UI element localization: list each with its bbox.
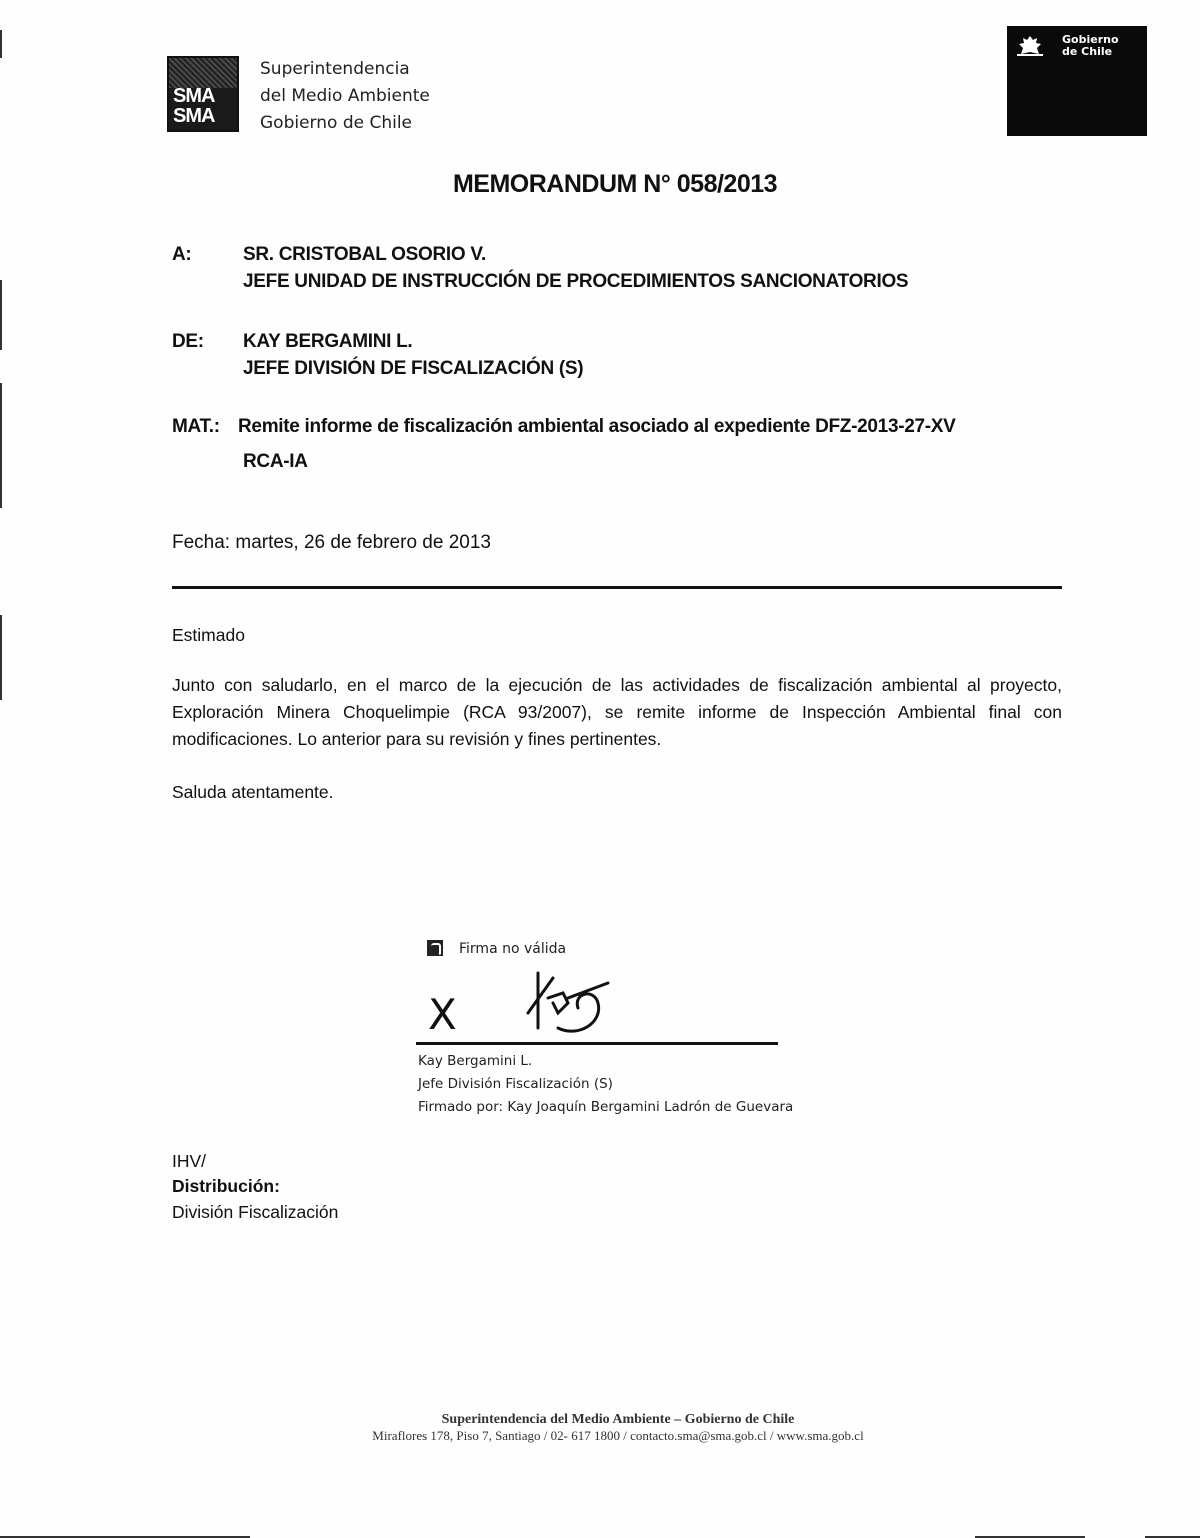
header-divider: [172, 586, 1062, 589]
signer-name: Kay Bergamini L.: [418, 1050, 793, 1073]
to-role: JEFE UNIDAD DE INSTRUCCIÓN DE PROCEDIMIE…: [243, 271, 908, 293]
to-label: A:: [172, 244, 191, 266]
page-footer: Superintendencia del Medio Ambiente – Go…: [0, 1412, 1200, 1444]
sma-logo: SMA SMA: [167, 56, 239, 132]
subject-line-2: RCA-IA: [243, 451, 308, 473]
scan-edge-mark: [0, 615, 2, 700]
invalid-signature-icon: [427, 940, 443, 956]
to-name: SR. CRISTOBAL OSORIO V.: [243, 244, 486, 266]
initials: IHV/: [172, 1148, 1062, 1175]
signature-mark: X: [428, 994, 457, 1036]
closing: Saluda atentamente.: [172, 779, 1062, 806]
signature-line: [416, 1042, 778, 1045]
footer-website-link[interactable]: www.sma.gob.cl: [777, 1428, 864, 1443]
from-label: DE:: [172, 331, 204, 353]
signer-info: Kay Bergamini L. Jefe División Fiscaliza…: [418, 1050, 793, 1119]
body-paragraph: Junto con saludarlo, en el marco de la e…: [172, 672, 1062, 753]
coat-of-arms-icon: [1015, 34, 1045, 58]
organization-name: Superintendencia del Medio Ambiente Gobi…: [260, 56, 430, 137]
footer-email-link[interactable]: contacto.sma@sma.gob.cl: [630, 1428, 767, 1443]
scan-edge-mark: [0, 30, 2, 58]
distribution-recipient: División Fiscalización: [172, 1199, 1062, 1226]
greeting: Estimado: [172, 622, 1062, 649]
distribution-label: Distribución:: [172, 1173, 1062, 1200]
footer-address: Miraflores 178, Piso 7, Santiago / 02- 6…: [372, 1428, 630, 1443]
scan-edge-mark: [0, 280, 2, 350]
gobierno-de-chile-logo: Gobierno de Chile: [1007, 26, 1147, 136]
memo-date: Fecha: martes, 26 de febrero de 2013: [172, 532, 491, 554]
signature-status: Firma no válida: [427, 940, 566, 957]
signed-by: Firmado por: Kay Joaquín Bergamini Ladró…: [418, 1096, 793, 1119]
subject-line-1: Remite informe de fiscalización ambienta…: [238, 416, 956, 438]
from-role: JEFE DIVISIÓN DE FISCALIZACIÓN (S): [243, 358, 583, 380]
from-name: KAY BERGAMINI L.: [243, 331, 412, 353]
footer-org: Superintendencia del Medio Ambiente – Go…: [0, 1412, 1200, 1428]
handwritten-signature: [518, 968, 618, 1043]
subject-label: MAT.:: [172, 416, 220, 438]
signer-role: Jefe División Fiscalización (S): [418, 1073, 793, 1096]
memo-title: MEMORANDUM N° 058/2013: [0, 170, 1200, 199]
scan-edge-mark: [0, 383, 2, 508]
